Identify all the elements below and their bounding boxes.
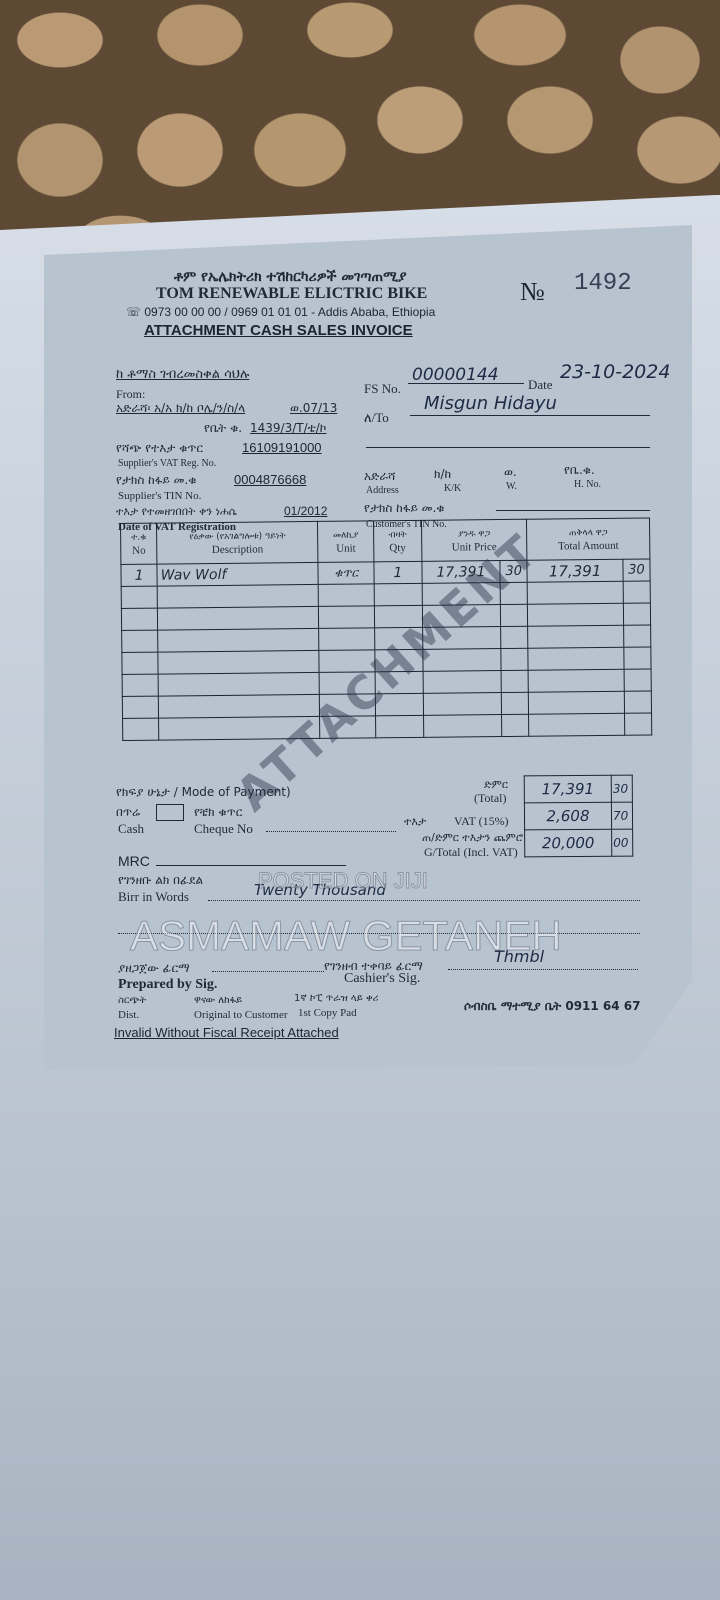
vat-row: 2,608 70 <box>524 802 632 830</box>
cash-label: Cash <box>118 821 144 837</box>
cheque-no-field[interactable] <box>266 831 396 832</box>
customer-address-amharic: አድራሻ <box>364 469 395 484</box>
total-label: (Total) <box>474 791 506 806</box>
mrc-field[interactable] <box>156 865 346 866</box>
vat-cents: 70 <box>611 802 632 829</box>
prepared-label: Prepared by Sig. <box>118 977 217 993</box>
company-name-amharic: ቶም የኤሌክትሪክ ተሽከርካሪዎች መገጣጠሚያ <box>174 269 407 285</box>
hno-label: H. No. <box>574 479 601 490</box>
supplier-address: አድራሻ፡ አ/አ ክ/ከ ቦሌ/ን/ስ/ላ <box>116 401 245 416</box>
copy-label: 1st Copy Pad <box>298 1007 357 1019</box>
invalid-notice: Invalid Without Fiscal Receipt Attached <box>114 1025 339 1040</box>
gtotal-amharic: ጠ/ድምር ተእታን ጨምሮ <box>422 831 523 845</box>
col-description: የዕቃው (የአገልግሎቱ) ዓይነትDescription <box>157 521 319 564</box>
totals-table: 17,391 30 2,608 70 20,000 00 <box>524 775 634 858</box>
original-amharic: ዋናው ለከፋይ <box>194 995 242 1006</box>
from-label: From: <box>116 387 145 402</box>
address-label: Address <box>366 485 399 496</box>
original-label: Original to Customer <box>194 1009 288 1021</box>
vat-label: VAT (15%) <box>454 814 509 829</box>
date-value: 23-10-2024 <box>560 361 670 383</box>
words-label: Birr in Words <box>118 889 189 905</box>
vat-reg-label: Supplier's VAT Reg. No. <box>118 458 216 469</box>
printer-info: ሶብስቤ ማተሚያ ቤት 0911 64 67 <box>464 999 641 1014</box>
number-symbol: № <box>520 277 545 307</box>
vat-reg-amharic: የሻጭ የተእታ ቁጥር <box>116 441 203 456</box>
row-qty: 1 <box>374 561 422 583</box>
company-name: TOM RENEWABLE ELICTRIC BIKE <box>156 285 427 303</box>
copy-amharic: 1ኛ ኮፒ ጥራዝ ላይ ቀሪ <box>294 993 379 1004</box>
supplier-tin-label: Supplier's TIN No. <box>118 490 201 502</box>
house-no-label: የቤት ቁ. <box>204 421 242 436</box>
company-phone: ☏ 0973 00 00 00 / 0969 01 01 01 - Addis … <box>126 305 435 319</box>
col-total-amount: ጠቅላላ ዋጋTotal Amount <box>527 518 650 560</box>
cheque-label: Cheque No <box>194 821 253 837</box>
cashier-label: Cashier's Sig. <box>344 971 420 987</box>
date-label: Date <box>528 377 553 393</box>
supplier-woreda: ወ.07/13 <box>290 401 337 416</box>
document-title: ATTACHMENT CASH SALES INVOICE <box>144 322 413 339</box>
invoice-number: 1492 <box>574 270 632 297</box>
mrc-label: MRC <box>118 853 150 869</box>
cash-amharic: በጥሬ <box>116 805 140 820</box>
prepared-amharic: ያዘጋጀው ፊርማ <box>118 961 190 976</box>
cash-checkbox[interactable] <box>156 804 184 821</box>
gtotal-row: 20,000 00 <box>525 829 633 857</box>
woreda-amharic: ወ. <box>504 465 517 480</box>
table-header-row: ተ.ቁNo የዕቃው (የአገልግሎቱ) ዓይነትDescription መለኪ… <box>121 518 650 565</box>
col-qty: ብዛትQty <box>373 520 421 561</box>
prepared-signature-field[interactable] <box>212 971 324 972</box>
house-no-amharic: የቤ.ቁ. <box>564 463 595 478</box>
vat-value: 2,608 <box>524 802 611 830</box>
table-row-empty <box>123 713 652 741</box>
fs-no-value: 00000144 <box>412 365 499 385</box>
supplier-tin-no: 0004876668 <box>234 472 306 487</box>
words-amharic: የገንዘቡ ልክ በፊደል <box>118 873 203 888</box>
fs-no-label: FS No. <box>364 381 401 397</box>
total-row: 17,391 30 <box>524 775 632 803</box>
supplier-tin-amharic: የታክስ ከፋይ መ.ቁ <box>116 473 196 488</box>
supplier-owner: ከ ቶማስ ገብረመስቀል ሳህሉ <box>116 367 249 382</box>
row-no: 1 <box>121 564 157 586</box>
payment-mode-amharic: የክፍያ ሁኔታ / Mode of Payment) <box>116 785 291 800</box>
phone-text: 0973 00 00 00 / 0969 01 01 01 - Addis Ab… <box>144 305 435 319</box>
col-unit: መለኪያUnit <box>318 521 374 563</box>
vat-amharic: ተእታ <box>404 815 426 829</box>
total-value: 17,391 <box>524 775 611 803</box>
customer-name: Misgun Hidayu <box>424 393 557 414</box>
gtotal-value: 20,000 <box>525 829 612 857</box>
house-no: 1439/3/T/ቴ/ኮ <box>250 421 326 436</box>
cashier-signature-field[interactable] <box>448 969 638 970</box>
col-no: ተ.ቁNo <box>121 523 158 564</box>
kk-label: K/K <box>444 483 461 494</box>
gtotal-label: G/Total (Incl. VAT) <box>424 845 518 860</box>
vat-date-amharic: ተእታ የተመዘገበበት ቀን ነሐሴ <box>116 505 237 519</box>
row-unit: ቁጥር <box>318 562 374 585</box>
watermark-name: ASMAMAW GETANEH <box>130 912 562 960</box>
to-label: ለ/To <box>364 410 389 426</box>
watermark-posted: POSTED ON JIJI <box>258 868 428 894</box>
customer-tin-amharic: የታክስ ከፋይ መ.ቁ <box>364 501 444 516</box>
cheque-amharic: የቼክ ቁጥር <box>194 805 242 820</box>
phone-icon: ☏ <box>126 305 141 319</box>
kk-amharic: ክ/ከ <box>434 467 451 482</box>
w-label: W. <box>506 481 517 492</box>
dist-amharic: ስርጭት <box>118 995 146 1006</box>
total-cents: 30 <box>611 775 632 802</box>
vat-date: 01/2012 <box>284 504 327 518</box>
total-amharic: ድምር <box>484 778 508 792</box>
gtotal-cents: 00 <box>612 829 633 856</box>
row-description: Wav Wolf <box>157 562 318 586</box>
row-total-cents: 30 <box>623 559 650 581</box>
dist-label: Dist. <box>118 1009 139 1021</box>
vat-reg-no: 16109191000 <box>242 440 322 455</box>
